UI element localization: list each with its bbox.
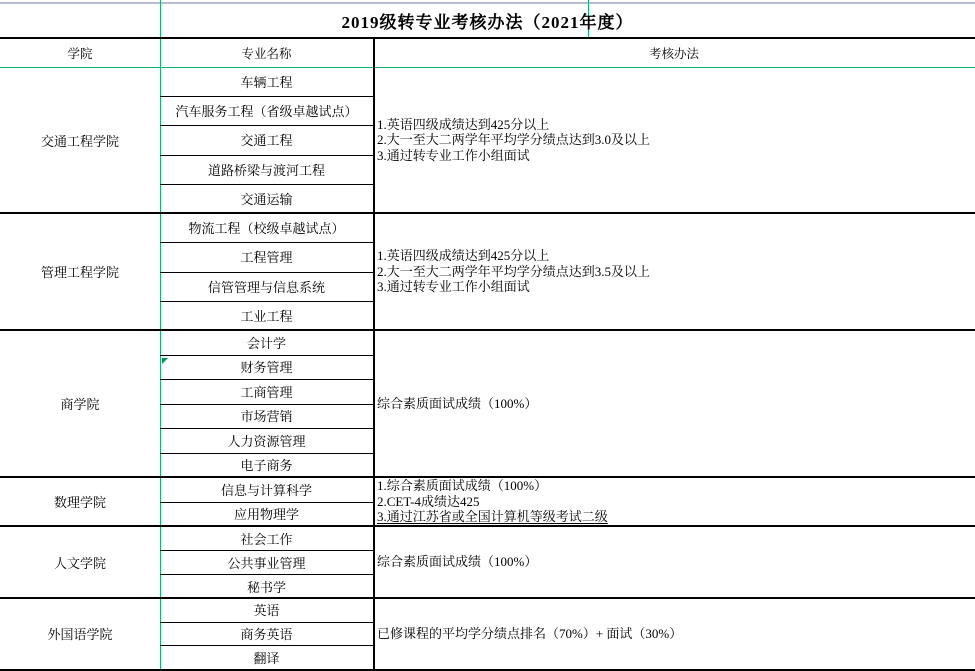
major-cell[interactable]: 工业工程 <box>160 301 373 330</box>
major-cell[interactable]: 翻译 <box>160 645 373 669</box>
major-cell[interactable]: 车辆工程 <box>160 67 373 96</box>
sheet-title[interactable]: 2019级转专业考核办法（2021年度） <box>0 3 975 38</box>
method-cell[interactable]: 已修课程的平均学分绩点排名（70%）+ 面试（30%） <box>377 598 971 669</box>
major-cell[interactable]: 物流工程（校级卓越试点） <box>160 213 373 242</box>
college-cell[interactable]: 商学院 <box>0 330 160 477</box>
column-border-method <box>373 38 375 670</box>
major-cell[interactable]: 商务英语 <box>160 622 373 646</box>
major-cell[interactable]: 交通工程 <box>160 125 373 154</box>
method-cell[interactable]: 1.综合素质面试成绩（100%）2.CET-4成绩达4253.通过江苏省或全国计… <box>377 477 971 526</box>
method-cell[interactable]: 综合素质面试成绩（100%） <box>377 330 971 477</box>
college-cell[interactable]: 外国语学院 <box>0 598 160 669</box>
method-line: 3.通过转专业工作小组面试 <box>377 148 530 164</box>
method-line: 已修课程的平均学分绩点排名（70%）+ 面试（30%） <box>377 626 682 642</box>
method-cell[interactable]: 综合素质面试成绩（100%） <box>377 526 971 598</box>
method-line: 2.大一至大二两学年平均学分绩点达到3.5及以上 <box>377 264 650 280</box>
major-cell[interactable]: 道路桥梁与渡河工程 <box>160 155 373 184</box>
method-line: 1.英语四级成绩达到425分以上 <box>377 117 549 133</box>
column-header-major[interactable]: 专业名称 <box>160 39 373 67</box>
major-cell[interactable]: 公共事业管理 <box>160 550 373 574</box>
major-cell[interactable]: 人力资源管理 <box>160 428 373 453</box>
college-cell[interactable]: 管理工程学院 <box>0 213 160 330</box>
column-header-college[interactable]: 学院 <box>0 39 160 67</box>
cell-comment-triangle-icon <box>162 358 168 364</box>
major-cell[interactable]: 汽车服务工程（省级卓越试点） <box>160 96 373 125</box>
major-cell[interactable]: 工商管理 <box>160 379 373 404</box>
major-cell[interactable]: 应用物理学 <box>160 502 373 527</box>
column-header-method[interactable]: 考核办法 <box>373 39 975 67</box>
major-cell[interactable]: 财务管理 <box>160 355 373 380</box>
method-line: 2.CET-4成绩达425 <box>377 494 479 510</box>
major-cell[interactable]: 会计学 <box>160 330 373 355</box>
major-cell[interactable]: 英语 <box>160 598 373 622</box>
spreadsheet-view: 2019级转专业考核办法（2021年度） 学院 专业名称 考核办法 交通工程学院… <box>0 0 975 671</box>
method-line: 1.英语四级成绩达到425分以上 <box>377 248 549 264</box>
major-cell[interactable]: 信息与计算科学 <box>160 477 373 502</box>
major-cell[interactable]: 秘书学 <box>160 574 373 598</box>
method-line: 3.通过江苏省或全国计算机等级考试二级 <box>377 509 608 525</box>
method-line: 综合素质面试成绩（100%） <box>377 396 537 412</box>
method-line: 2.大一至大二两学年平均学分绩点达到3.0及以上 <box>377 132 650 148</box>
major-cell[interactable]: 信管管理与信息系统 <box>160 272 373 301</box>
major-cell[interactable]: 电子商务 <box>160 453 373 478</box>
method-line: 1.综合素质面试成绩（100%） <box>377 478 547 494</box>
college-cell[interactable]: 数理学院 <box>0 477 160 526</box>
college-cell[interactable]: 人文学院 <box>0 526 160 598</box>
method-cell[interactable]: 1.英语四级成绩达到425分以上2.大一至大二两学年平均学分绩点达到3.5及以上… <box>377 213 971 330</box>
method-line: 3.通过转专业工作小组面试 <box>377 279 530 295</box>
major-cell[interactable]: 工程管理 <box>160 242 373 271</box>
college-cell[interactable]: 交通工程学院 <box>0 67 160 213</box>
major-cell[interactable]: 社会工作 <box>160 526 373 550</box>
method-cell[interactable]: 1.英语四级成绩达到425分以上2.大一至大二两学年平均学分绩点达到3.0及以上… <box>377 67 971 213</box>
method-line: 综合素质面试成绩（100%） <box>377 554 537 570</box>
major-cell[interactable]: 市场营销 <box>160 404 373 429</box>
major-cell[interactable]: 交通运输 <box>160 184 373 213</box>
